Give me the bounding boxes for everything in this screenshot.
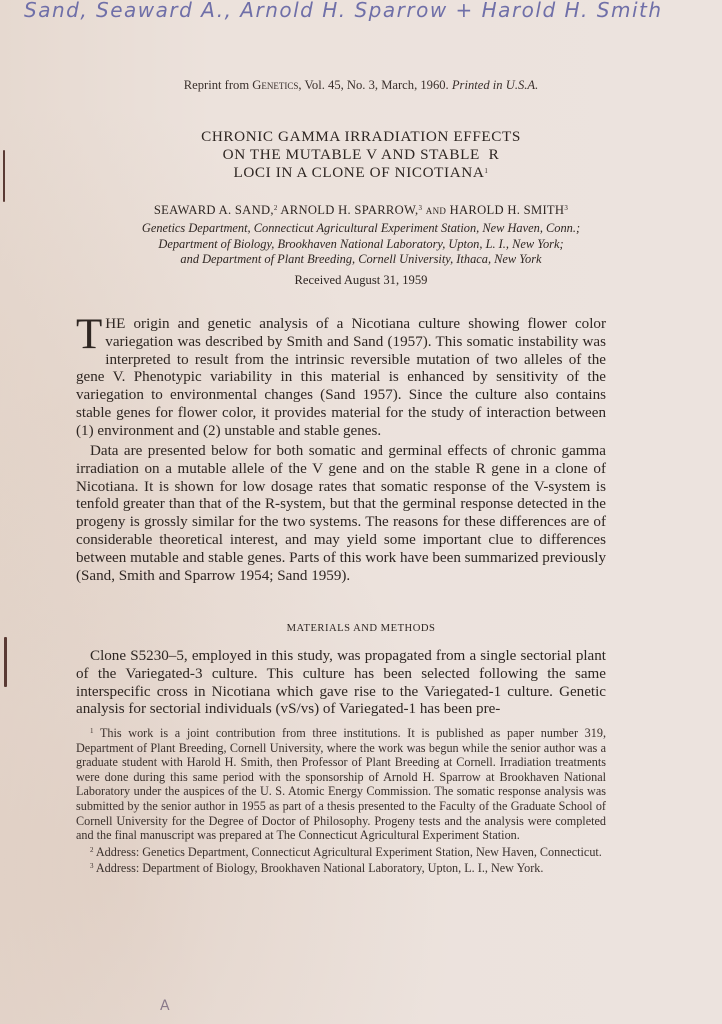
footnote-3: 3 Address: Department of Biology, Brookh…: [76, 859, 606, 876]
author: ARNOLD H. SPARROW,: [278, 203, 419, 217]
footnote-mark: 1: [484, 167, 488, 175]
methods-paragraph-1: Clone S5230–5, employed in this study, w…: [76, 648, 606, 719]
title-line: CHRONIC GAMMA IRRADIATION EFFECTS: [0, 128, 722, 146]
footnote-mark: 3: [564, 204, 568, 212]
citation: , Vol. 45, No. 3, March, 1960.: [298, 78, 451, 92]
faint-stamp: A: [160, 998, 170, 1014]
title-line: ON THE MUTABLE V AND STABLE R: [0, 146, 722, 164]
drop-cap: T: [76, 318, 102, 352]
intro-paragraph-2: Data are presented below for both somati…: [76, 443, 606, 585]
footnote-text: This work is a joint contribution from t…: [76, 726, 606, 842]
section-heading: MATERIALS AND METHODS: [0, 623, 722, 634]
binding-mark: [4, 637, 7, 687]
footnote-1: 1 This work is a joint contribution from…: [76, 724, 606, 843]
affiliation: and Department of Plant Breeding, Cornel…: [0, 252, 722, 268]
reprint-line: Reprint from Genetics, Vol. 45, No. 3, M…: [0, 78, 722, 93]
affiliation: Department of Biology, Brookhaven Nation…: [0, 237, 722, 253]
footnote-text: Address: Department of Biology, Brookhav…: [94, 861, 544, 875]
reprint-prefix: Reprint from: [184, 78, 253, 92]
footnote-text: Address: Genetics Department, Connecticu…: [94, 845, 602, 859]
received-date: Received August 31, 1959: [0, 273, 722, 288]
affiliations: Genetics Department, Connecticut Agricul…: [0, 221, 722, 268]
handwritten-author-note: Sand, Seaward A., Arnold H. Sparrow + Ha…: [24, 0, 663, 22]
title-line: LOCI IN A CLONE OF NICOTIANA: [233, 164, 484, 181]
author: HAROLD H. SMITH: [450, 203, 565, 217]
intro-paragraph-1: THE origin and genetic analysis of a Nic…: [76, 316, 606, 441]
paragraph-text: HE origin and genetic analysis of a Nico…: [76, 316, 606, 439]
author: SEAWARD A. SAND,: [154, 203, 274, 217]
affiliation: Genetics Department, Connecticut Agricul…: [0, 221, 722, 237]
footnotes: 1 This work is a joint contribution from…: [76, 724, 606, 876]
author-list: SEAWARD A. SAND,2 ARNOLD H. SPARROW,3 an…: [0, 203, 722, 218]
author-conjunction: and: [422, 203, 449, 217]
paper-title: CHRONIC GAMMA IRRADIATION EFFECTS ON THE…: [0, 128, 722, 182]
footnote-2: 2 Address: Genetics Department, Connecti…: [76, 843, 606, 860]
journal-name: Genetics: [252, 78, 298, 92]
printed-note: Printed in U.S.A.: [452, 78, 538, 92]
